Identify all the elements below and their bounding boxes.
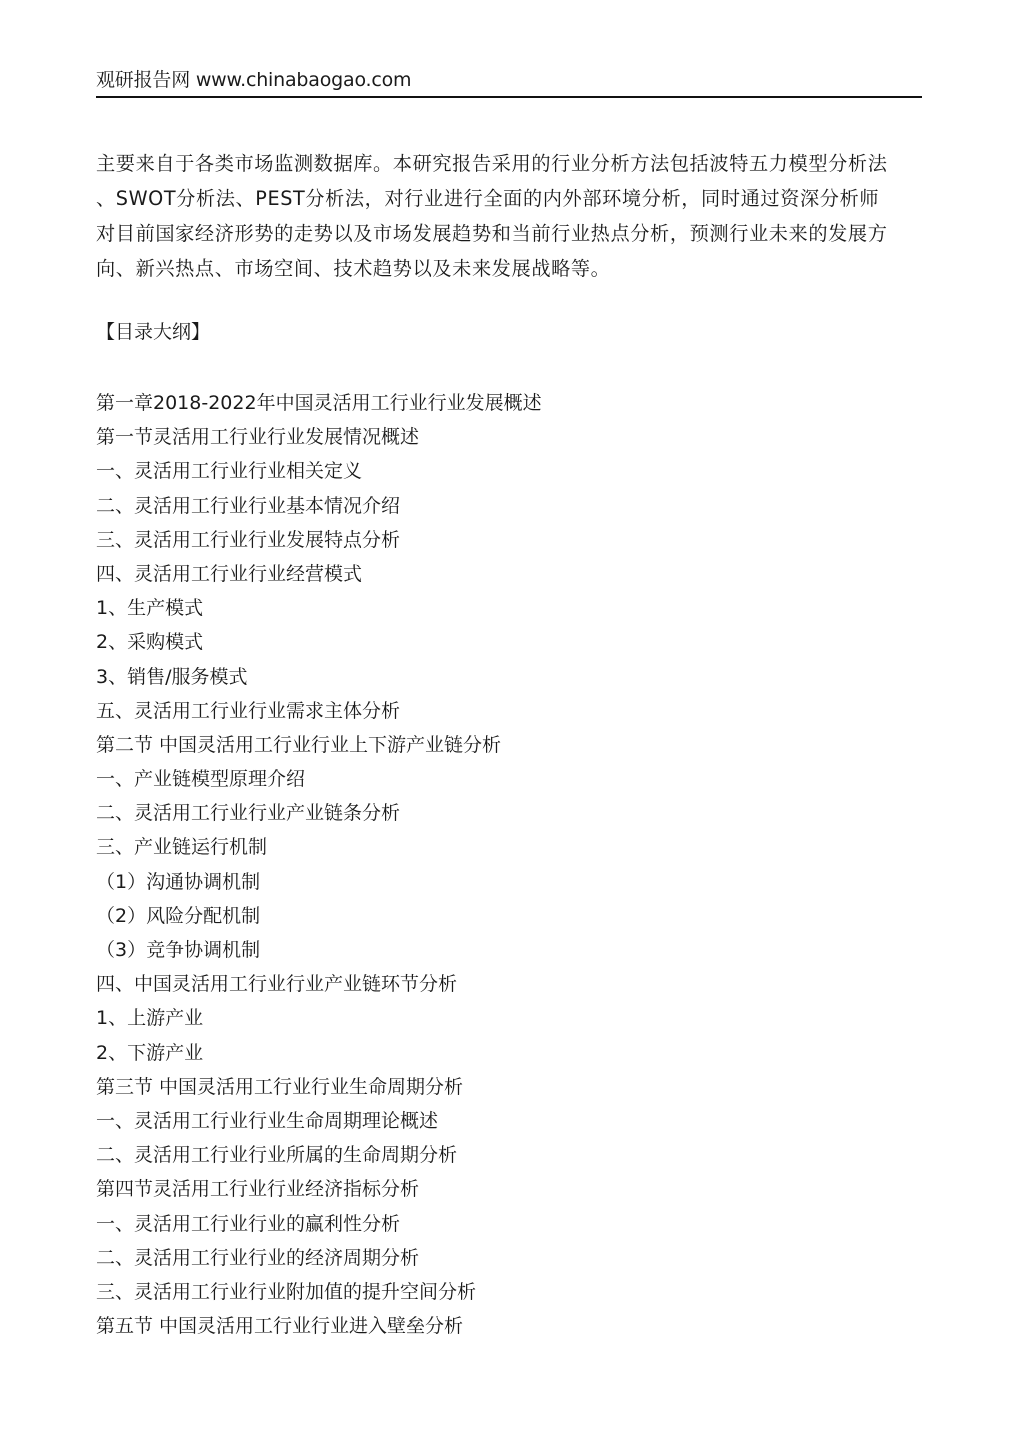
toc-subsection: 二、灵活用工行业行业所属的生命周期分析 bbox=[96, 1138, 922, 1172]
toc-subsection: 一、产业链模型原理介绍 bbox=[96, 762, 922, 796]
toc-point: 1、生产模式 bbox=[96, 591, 922, 625]
toc-heading: 【目录大纲】 bbox=[96, 317, 210, 347]
page-header: 观研报告网 www.chinabaogao.com bbox=[96, 66, 922, 98]
toc-chapter: 第一章2018-2022年中国灵活用工行业行业发展概述 bbox=[96, 386, 922, 420]
intro-paragraph: 主要来自于各类市场监测数据库。本研究报告采用的行业分析方法包括波特五力模型分析法… bbox=[96, 146, 922, 286]
toc-section: 第五节 中国灵活用工行业行业进入壁垒分析 bbox=[96, 1309, 922, 1343]
toc-subsection: 二、灵活用工行业行业基本情况介绍 bbox=[96, 489, 922, 523]
toc-section: 第三节 中国灵活用工行业行业生命周期分析 bbox=[96, 1070, 922, 1104]
toc-subsection: 三、灵活用工行业行业附加值的提升空间分析 bbox=[96, 1275, 922, 1309]
toc-point: 1、上游产业 bbox=[96, 1001, 922, 1035]
intro-line: 、SWOT分析法、PEST分析法，对行业进行全面的内外部环境分析，同时通过资深分… bbox=[96, 181, 922, 216]
toc-point: 2、下游产业 bbox=[96, 1036, 922, 1070]
toc-subsection: 一、灵活用工行业行业生命周期理论概述 bbox=[96, 1104, 922, 1138]
toc-section: 第四节灵活用工行业行业经济指标分析 bbox=[96, 1172, 922, 1206]
toc-point: （2）风险分配机制 bbox=[96, 899, 922, 933]
toc-subsection: 三、产业链运行机制 bbox=[96, 830, 922, 864]
toc-subsection: 一、灵活用工行业行业的赢利性分析 bbox=[96, 1207, 922, 1241]
toc-subsection: 四、灵活用工行业行业经营模式 bbox=[96, 557, 922, 591]
toc-subsection: 一、灵活用工行业行业相关定义 bbox=[96, 454, 922, 488]
intro-line: 向、新兴热点、市场空间、技术趋势以及未来发展战略等。 bbox=[96, 251, 922, 286]
toc-point: 2、采购模式 bbox=[96, 625, 922, 659]
table-of-contents: 第一章2018-2022年中国灵活用工行业行业发展概述 第一节灵活用工行业行业发… bbox=[96, 386, 922, 1343]
toc-point: （1）沟通协调机制 bbox=[96, 865, 922, 899]
toc-subsection: 五、灵活用工行业行业需求主体分析 bbox=[96, 694, 922, 728]
toc-subsection: 四、中国灵活用工行业行业产业链环节分析 bbox=[96, 967, 922, 1001]
toc-point: 3、销售/服务模式 bbox=[96, 660, 922, 694]
toc-subsection: 二、灵活用工行业行业的经济周期分析 bbox=[96, 1241, 922, 1275]
header-site-name: 观研报告网 www.chinabaogao.com bbox=[96, 68, 411, 92]
intro-line: 主要来自于各类市场监测数据库。本研究报告采用的行业分析方法包括波特五力模型分析法 bbox=[96, 146, 922, 181]
toc-subsection: 三、灵活用工行业行业发展特点分析 bbox=[96, 523, 922, 557]
intro-line: 对目前国家经济形势的走势以及市场发展趋势和当前行业热点分析，预测行业未来的发展方 bbox=[96, 216, 922, 251]
toc-section: 第一节灵活用工行业行业发展情况概述 bbox=[96, 420, 922, 454]
toc-point: （3）竞争协调机制 bbox=[96, 933, 922, 967]
toc-subsection: 二、灵活用工行业行业产业链条分析 bbox=[96, 796, 922, 830]
toc-section: 第二节 中国灵活用工行业行业上下游产业链分析 bbox=[96, 728, 922, 762]
